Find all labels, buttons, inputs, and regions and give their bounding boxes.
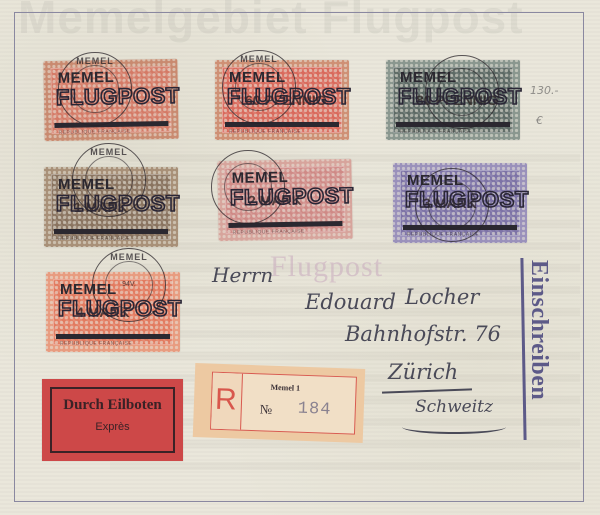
- flugpost-cachet: Flugpost: [270, 250, 383, 284]
- express-label-subtitle: Exprès: [42, 421, 183, 433]
- postmark: [415, 168, 489, 242]
- address-street: Bahnhofstr. 76: [345, 322, 501, 346]
- postmark-inner-ring: [224, 163, 272, 211]
- postmark-inner-ring: [235, 63, 283, 111]
- registration-label: R Memel 1 № 184: [193, 363, 365, 443]
- postmark: MEMEL: [72, 143, 146, 217]
- express-label-title: Durch Eilboten: [42, 397, 183, 414]
- overprint-bar: [54, 229, 168, 234]
- address-first-name: Edouard: [305, 290, 396, 314]
- postmark: [425, 55, 499, 129]
- stamp-footer: REPUBLIQUE FRANÇAISE: [58, 236, 164, 242]
- stamp-footer: REPUBLIQUE FRANÇAISE: [400, 129, 506, 135]
- country-underline: [402, 420, 506, 434]
- registration-number-prefix: №: [259, 401, 272, 417]
- pencil-price-note: 130.-: [530, 84, 558, 97]
- postmark: MEMEL: [58, 52, 132, 126]
- einschreiben-cachet: Einschreiben: [530, 258, 560, 448]
- registration-number: 184: [297, 400, 331, 420]
- registration-r-cell: R: [211, 373, 243, 430]
- postmark-date: 94V.: [93, 281, 165, 288]
- pencil-currency-note: €: [536, 114, 543, 127]
- postmark-town: MEMEL: [223, 54, 295, 64]
- registration-label-border: R Memel 1 № 184: [210, 372, 357, 435]
- stamp-footer: REPUBLIQUE FRANÇAISE: [60, 341, 166, 347]
- postmark-inner-ring: [85, 156, 133, 204]
- postmark: MEMEL 94V.: [92, 248, 166, 322]
- postmark-town: MEMEL: [93, 252, 165, 262]
- registration-office: Memel 1: [270, 383, 300, 393]
- address-last-name: Locher: [405, 285, 479, 309]
- stamp-footer: REPUBLIQUE FRANÇAISE: [59, 128, 165, 136]
- postmark-inner-ring: [71, 65, 119, 113]
- express-label: Durch Eilboten Exprès: [42, 379, 183, 461]
- address-country: Schweitz: [415, 397, 493, 417]
- einschreiben-text: Einschreiben: [525, 260, 552, 400]
- postmark-town: MEMEL: [73, 147, 145, 157]
- postmark-inner-ring: [438, 68, 486, 116]
- postmark: [211, 150, 285, 224]
- overprint-bar: [56, 334, 170, 339]
- address-city: Zürich: [388, 360, 458, 384]
- stamp-footer: REPUBLIQUE FRANÇAISE: [229, 129, 335, 135]
- address-salutation: Herrn: [212, 263, 273, 287]
- registration-letter: R: [214, 383, 237, 418]
- overprint-bar: [225, 122, 339, 127]
- postmark: MEMEL: [222, 50, 296, 124]
- stamp-footer: REPUBLIQUE FRANÇAISE: [233, 228, 339, 236]
- postmark-inner-ring: [428, 181, 476, 229]
- postmark-town: MEMEL: [59, 56, 131, 66]
